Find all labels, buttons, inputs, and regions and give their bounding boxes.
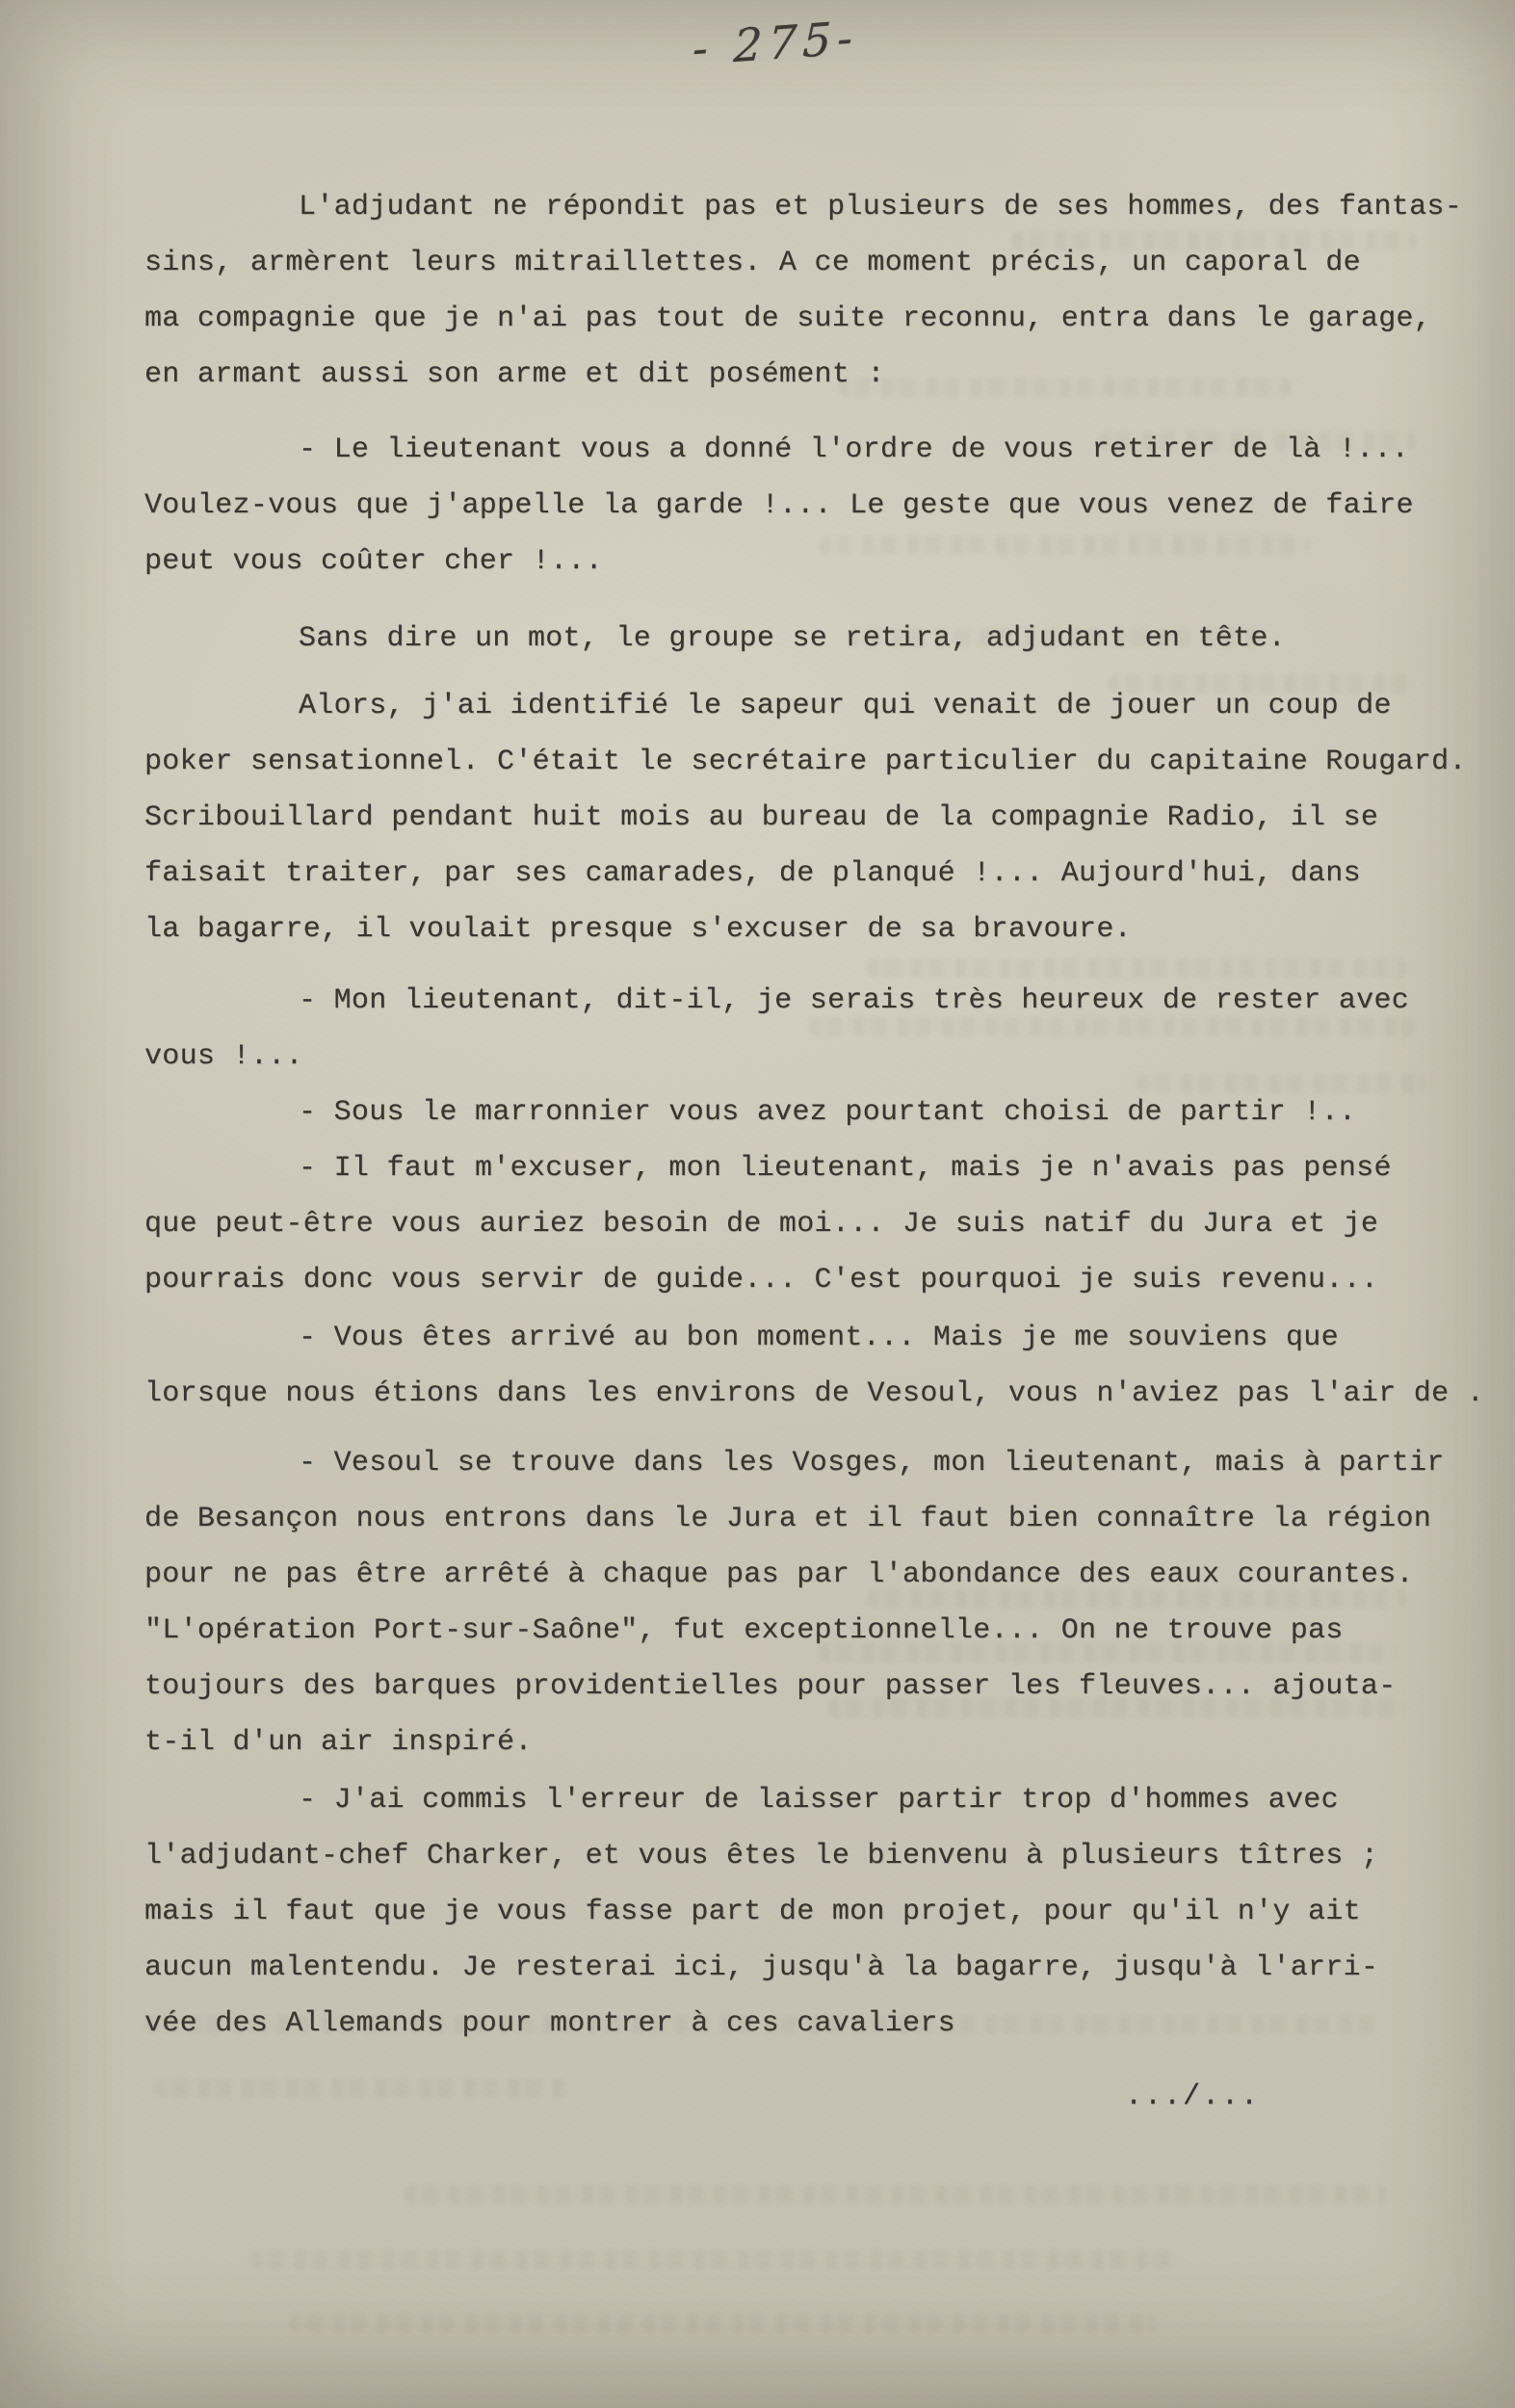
text-line: Scribouillard pendant huit mois au burea… [144,790,1483,846]
text-line: pourrais donc vous servir de guide... C'… [144,1252,1483,1308]
text-line: aucun malentendu. Je resterai ici, jusqu… [144,1940,1483,1996]
text-line: "L'opération Port-sur-Saône", fut except… [144,1603,1483,1659]
paragraph: - Sous le marronnier vous avez pourtant … [144,1085,1483,1140]
text-line: - Le lieutenant vous a donné l'ordre de … [144,422,1483,478]
paragraph: - Mon lieutenant, dit-il, je serais très… [144,973,1483,1085]
text-line: t-il d'un air inspiré. [144,1714,1483,1770]
text-line: - J'ai commis l'erreur de laisser partir… [144,1772,1483,1828]
paragraph: - Il faut m'excuser, mon lieutenant, mai… [144,1140,1483,1308]
text-line: toujours des barques providentielles pou… [144,1659,1483,1714]
paragraph: - Vous êtes arrivé au bon moment... Mais… [144,1310,1483,1422]
paragraph: Sans dire un mot, le groupe se retira, a… [144,611,1483,667]
text-line: de Besançon nous entrons dans le Jura et… [144,1491,1483,1547]
text-line: vée des Allemands pour montrer à ces cav… [144,1996,1483,2052]
text-line: mais il faut que je vous fasse part de m… [144,1884,1483,1940]
bleed-through-mark [250,2250,1175,2269]
continuation-mark: .../... [144,2069,1483,2125]
scanned-typewritten-page: { "page": { "number": "- 275-", "footer"… [0,0,1515,2408]
bleed-through-mark [289,2314,1156,2333]
text-line: que peut-être vous auriez besoin de moi.… [144,1196,1483,1252]
text-line: la bagarre, il voulait presque s'excuser… [144,902,1483,957]
text-line: vous !... [144,1029,1483,1085]
text-line: en armant aussi son arme et dit posément… [144,347,1483,403]
text-line: Sans dire un mot, le groupe se retira, a… [144,611,1483,667]
text-line: - Il faut m'excuser, mon lieutenant, mai… [144,1140,1483,1196]
text-line: sins, armèrent leurs mitraillettes. A ce… [144,235,1483,291]
text-line: ma compagnie que je n'ai pas tout de sui… [144,291,1483,347]
paragraph: - Vesoul se trouve dans les Vosges, mon … [144,1435,1483,1770]
text-line: Alors, j'ai identifié le sapeur qui vena… [144,678,1483,734]
text-line: L'adjudant ne répondit pas et plusieurs … [144,179,1483,235]
text-line: poker sensationnel. C'était le secrétair… [144,734,1483,790]
paragraph: - Le lieutenant vous a donné l'ordre de … [144,422,1483,589]
text-line: - Vous êtes arrivé au bon moment... Mais… [144,1310,1483,1366]
typewritten-text: L'adjudant ne répondit pas et plusieurs … [144,0,1483,2125]
text-line: peut vous coûter cher !... [144,534,1483,589]
paragraph: - J'ai commis l'erreur de laisser partir… [144,1772,1483,2052]
text-line: pour ne pas être arrêté à chaque pas par… [144,1547,1483,1603]
paragraph: Alors, j'ai identifié le sapeur qui vena… [144,678,1483,957]
text-line: lorsque nous étions dans les environs de… [144,1366,1483,1422]
text-line: Voulez-vous que j'appelle la garde !... … [144,478,1483,534]
bleed-through-mark [405,2185,1387,2204]
text-line: - Vesoul se trouve dans les Vosges, mon … [144,1435,1483,1491]
text-line: - Sous le marronnier vous avez pourtant … [144,1085,1483,1140]
paragraph: L'adjudant ne répondit pas et plusieurs … [144,179,1483,403]
text-line: - Mon lieutenant, dit-il, je serais très… [144,973,1483,1029]
text-line: faisait traiter, par ses camarades, de p… [144,846,1483,902]
text-line: l'adjudant-chef Charker, et vous êtes le… [144,1828,1483,1884]
